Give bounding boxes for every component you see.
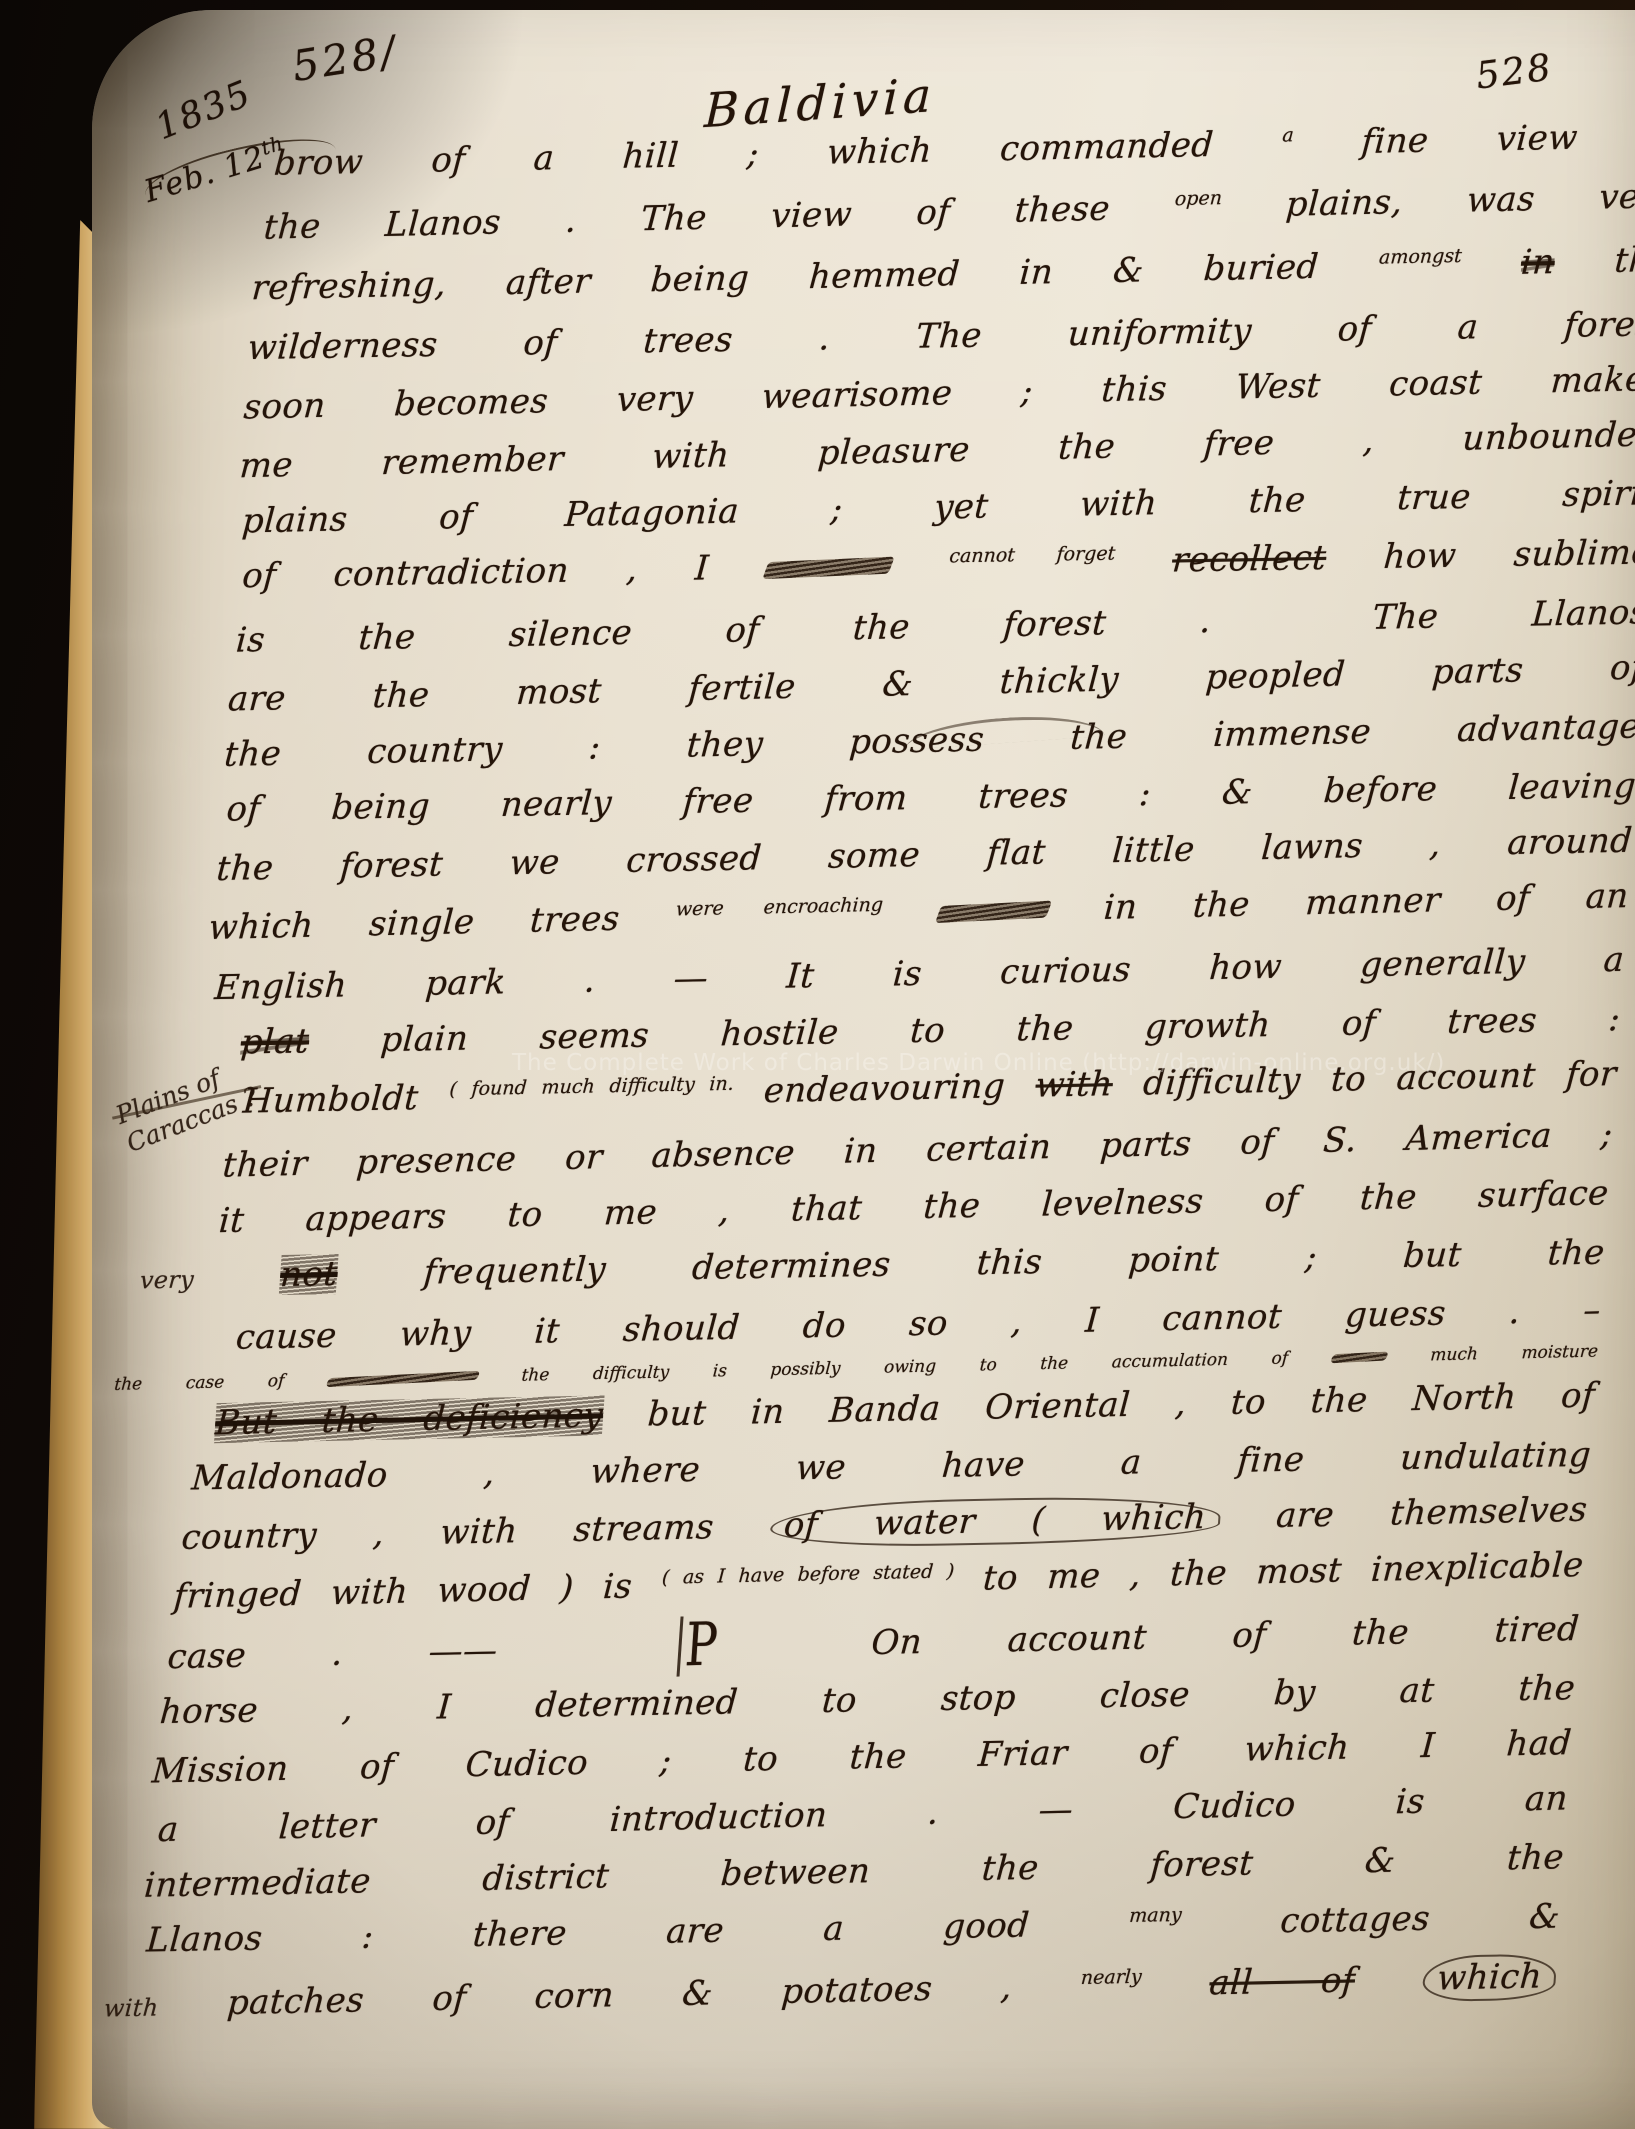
page-number-top-left: 528/ xyxy=(289,26,402,91)
handwritten-text: of water ( which xyxy=(769,1494,1222,1548)
interlined-insertion: cannot forget xyxy=(949,543,1116,568)
handwritten-text: I cannot guess . – xyxy=(1084,1290,1602,1340)
ink-deletion-scribble xyxy=(1330,1352,1389,1363)
handwritten-text: the most inexplicable xyxy=(1169,1545,1585,1594)
handwritten-text: not xyxy=(279,1254,339,1295)
handwritten-text: frequently determines this point ; but t… xyxy=(422,1233,1606,1293)
margin-year: 1835 xyxy=(150,73,258,148)
handwritten-text: fine view of xyxy=(1360,116,1635,162)
handwritten-text: which single trees xyxy=(207,899,621,948)
handwritten-text: patches of corn & potatoes , xyxy=(226,1967,1014,2023)
handwritten-text: but in Banda Oriental , to the North of xyxy=(646,1375,1596,1434)
ink-deletion-scribble xyxy=(934,901,1051,924)
interlined-insertion: amongst xyxy=(1378,245,1462,269)
photograph-background: 528/ 528 Baldivia 1835 Feb. 12th Plains … xyxy=(0,0,1635,2129)
handwritten-text: plat xyxy=(240,1021,311,1062)
handwritten-text: The Llanos xyxy=(1371,592,1635,638)
handwritten-text: in xyxy=(1520,242,1556,283)
manuscript-page: 528/ 528 Baldivia 1835 Feb. 12th Plains … xyxy=(92,10,1635,2129)
ink-deletion-scribble xyxy=(762,557,894,580)
handwritten-text: But the deficiency xyxy=(214,1395,604,1443)
handwritten-text: plains, was very xyxy=(1285,176,1635,225)
handwritten-text: country , with streams xyxy=(180,1507,715,1558)
handwritten-text: very xyxy=(139,1265,195,1294)
handwritten-text: recollect xyxy=(1171,538,1328,581)
interlined-insertion: were encroaching xyxy=(675,894,884,921)
interlined-insertion: ( as I have before stated ) xyxy=(661,1561,955,1590)
handwritten-text: which xyxy=(1422,1954,1558,2002)
handwritten-text: of contradiction , I xyxy=(241,548,710,596)
handwritten-text: are themselves xyxy=(1275,1490,1589,1536)
handwritten-text: in the manner of an xyxy=(1103,876,1630,928)
margin-day-text: Feb. 12 xyxy=(140,139,269,210)
handwritten-text: Llanos : there are a good xyxy=(145,1905,1031,1960)
interlined-insertion: open xyxy=(1174,188,1223,211)
handwritten-text: much moisture xyxy=(1430,1342,1599,1366)
interlined-insertion: a xyxy=(1282,125,1295,147)
page-number-top-right: 528 xyxy=(1474,45,1555,97)
handwritten-text: brow of a hill ; which commanded xyxy=(273,125,1215,184)
handwritten-text: to me , xyxy=(982,1555,1142,1599)
handwritten-text: cause why it should do so , xyxy=(235,1302,1024,1358)
handwritten-text: Humboldt xyxy=(242,1078,420,1122)
handwritten-text: In the case of xyxy=(92,1371,285,1396)
handwritten-text: all of xyxy=(1208,1960,1356,2003)
handwritten-text: with xyxy=(103,1993,159,2022)
ink-deletion-scribble xyxy=(326,1371,481,1387)
handwritten-text: P xyxy=(676,1616,719,1676)
interlined-insertion: nearly xyxy=(1080,1966,1142,1989)
handwritten-text: the xyxy=(1613,240,1635,281)
handwritten-text: cottages & xyxy=(1279,1897,1561,1942)
copyright-watermark: The Complete Work of Charles Darwin Onli… xyxy=(512,1050,1492,1076)
handwritten-text: the Llanos . The view of these xyxy=(263,189,1112,248)
handwritten-text: On account of the tired xyxy=(870,1609,1581,1663)
interlined-insertion: ( found much difficulty in. xyxy=(449,1073,735,1101)
handwritten-text: how sublime xyxy=(1382,532,1635,577)
interlined-insertion: many xyxy=(1128,1904,1182,1927)
handwritten-text: fringed with wood ) is xyxy=(172,1566,633,1616)
handwritten-text: case . —— xyxy=(166,1631,499,1678)
